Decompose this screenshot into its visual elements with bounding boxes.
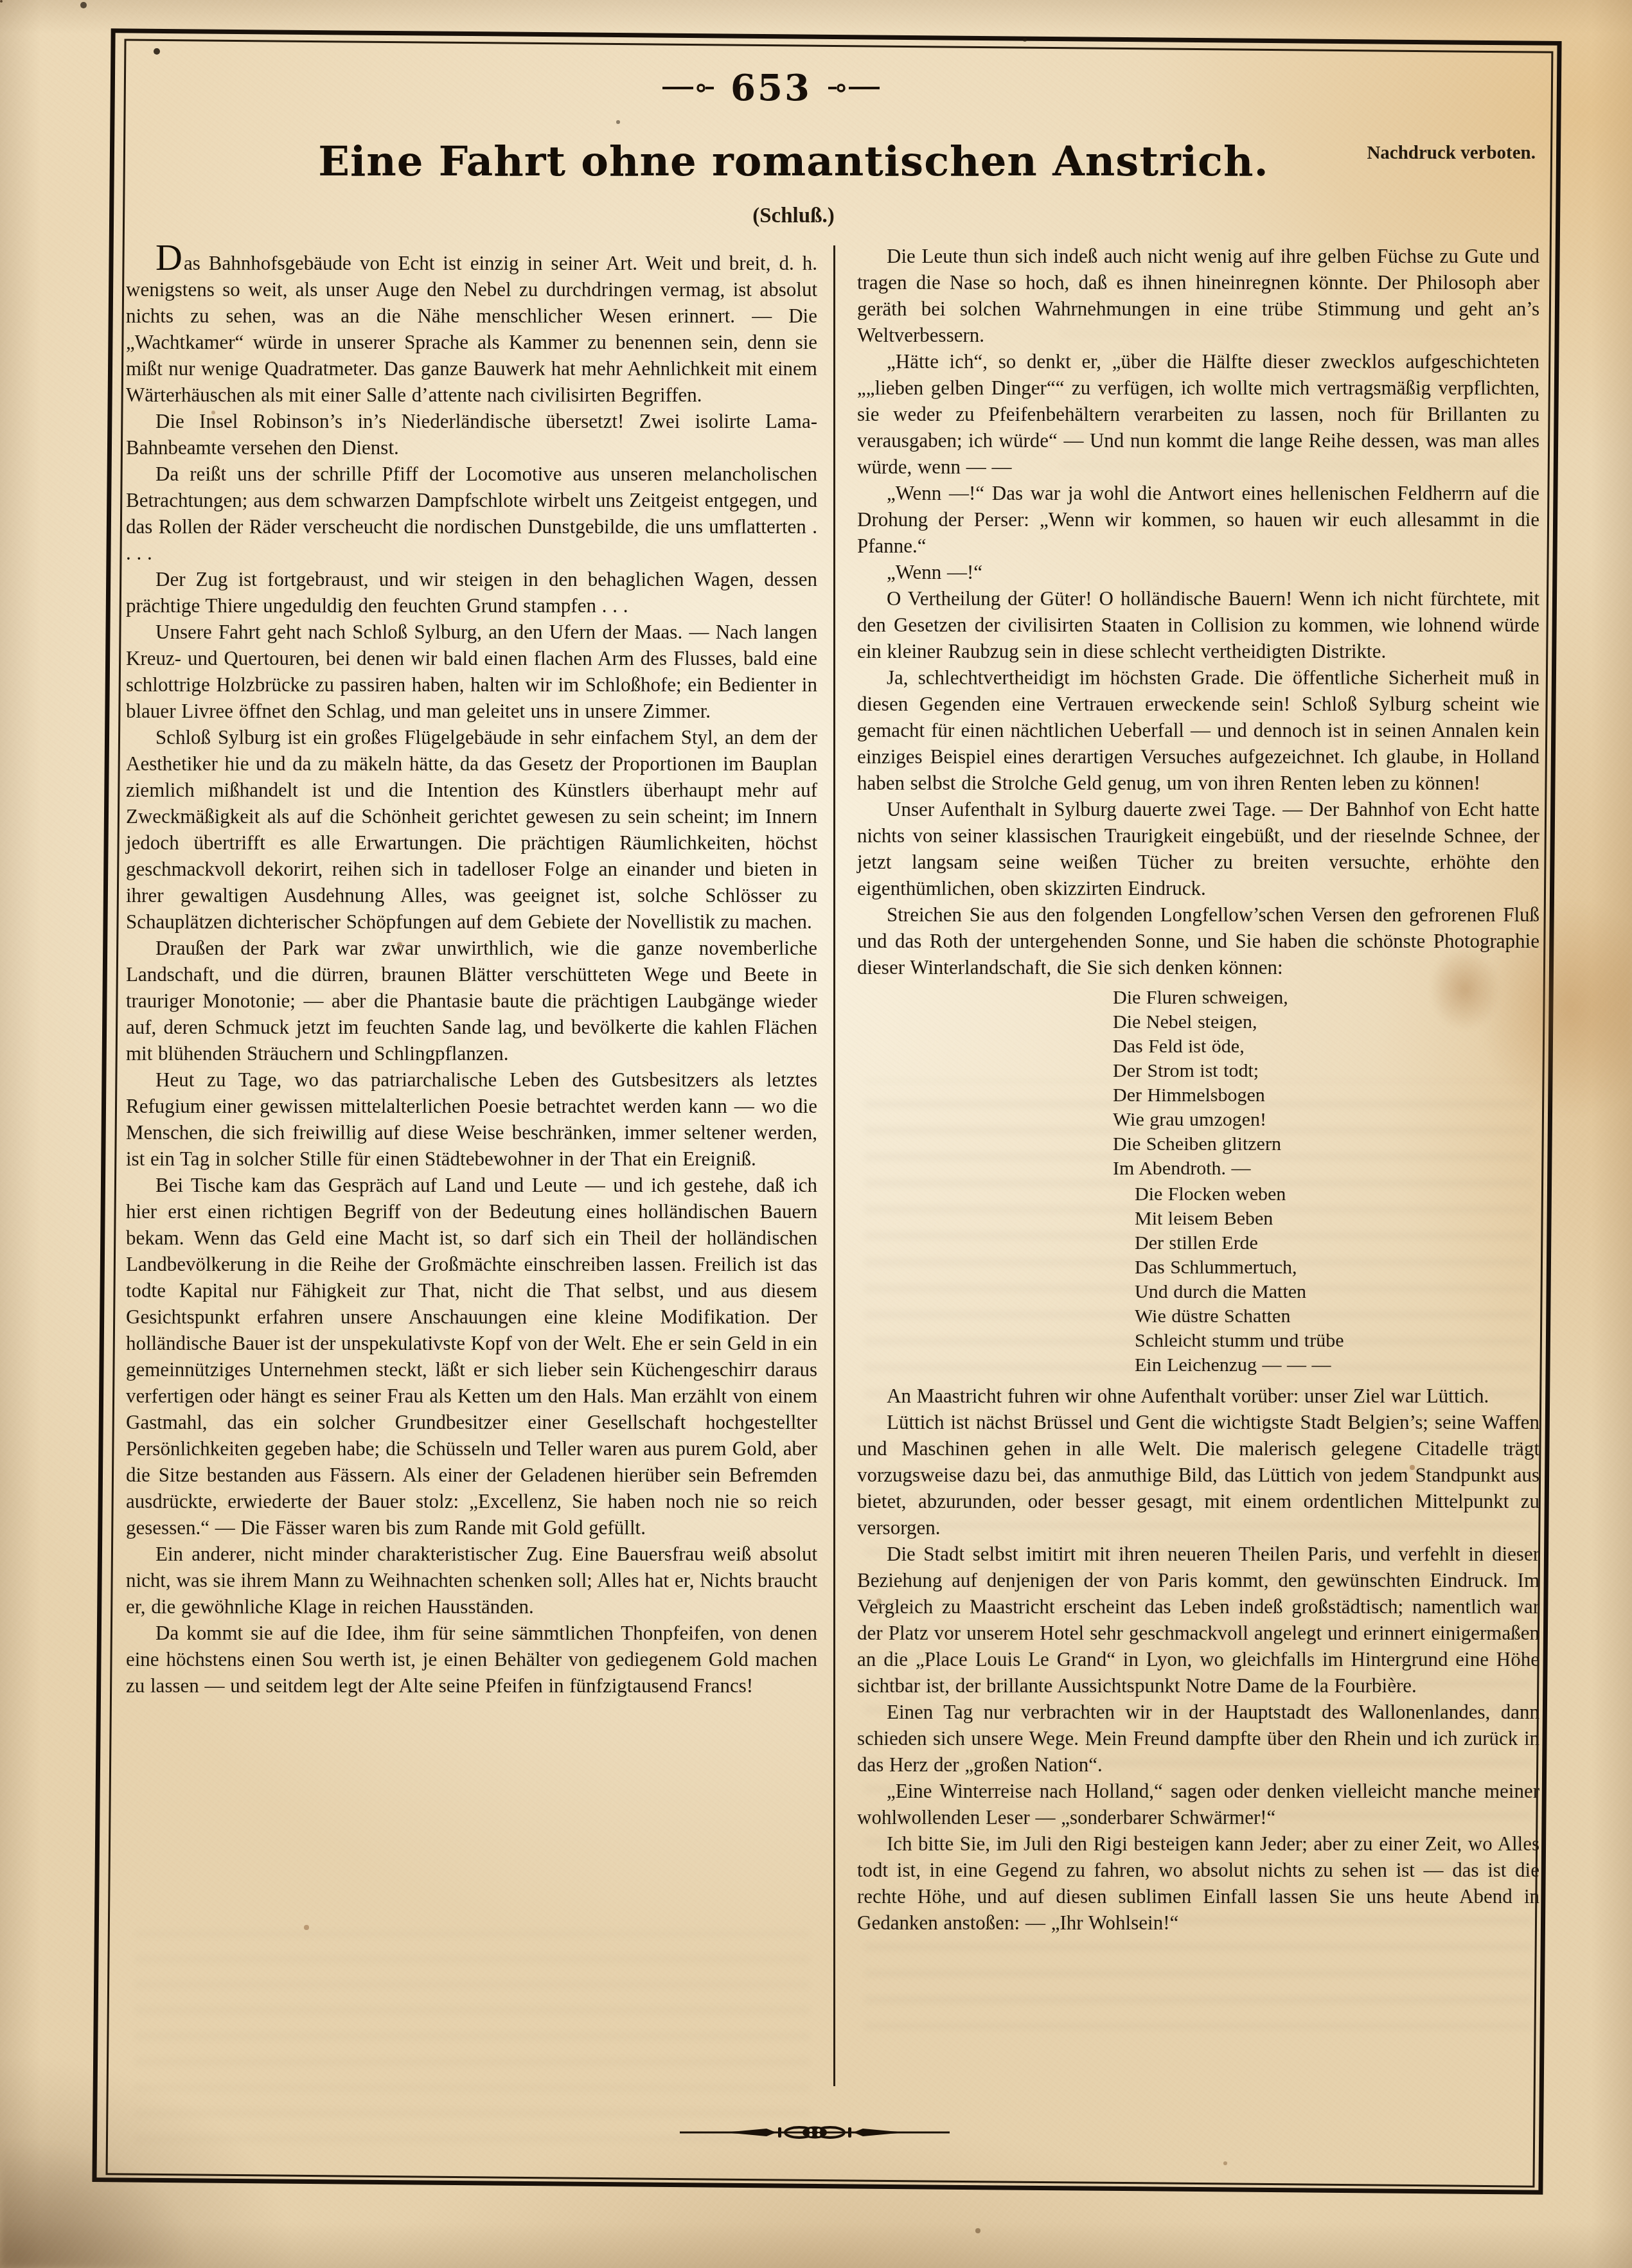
tailpiece-ornament-icon — [680, 2123, 950, 2142]
ink-specks — [0, 0, 3, 3]
left-column: Das Bahnhofsgebäude von Echt ist einzig … — [126, 243, 817, 1699]
paragraph: Schloß Sylburg ist ein großes Flügelgebä… — [126, 724, 817, 935]
paragraph: Heut zu Tage, wo das patriarchalische Le… — [126, 1067, 817, 1172]
paragraph: Ein anderer, nicht minder charakteristis… — [126, 1541, 817, 1620]
paragraph: Unser Aufenthalt in Sylburg dauerte zwei… — [857, 796, 1539, 901]
paragraph: „Eine Winterreise nach Holland,“ sagen o… — [857, 1778, 1539, 1830]
paragraph: Lüttich ist nächst Brüssel und Gent die … — [857, 1409, 1539, 1541]
poem-line: Der stillen Erde — [1135, 1231, 1539, 1255]
poem-line: Im Abendroth. — — [1113, 1156, 1539, 1181]
scanned-newspaper-page: { "page": { "number": "653", "imprint": … — [0, 0, 1632, 2268]
paragraph: Ja, schlechtvertheidigt im höchsten Grad… — [857, 664, 1539, 796]
paragraph: Unsere Fahrt geht nach Schloß Sylburg, a… — [126, 619, 817, 724]
poem-line: Schleicht stumm und trübe — [1135, 1329, 1539, 1353]
paragraph: Da reißt uns der schrille Pfiff der Loco… — [126, 461, 817, 566]
page-number-ornament-right — [828, 82, 880, 94]
poem-line: Der Strom ist todt; — [1113, 1059, 1539, 1083]
poem-line: Wie grau umzogen! — [1113, 1108, 1539, 1132]
poem-line: Der Himmelsbogen — [1113, 1083, 1539, 1108]
paragraph: Das Bahnhofsgebäude von Echt ist einzig … — [126, 243, 817, 408]
article-subtitle: (Schluß.) — [0, 204, 1587, 228]
paragraph: An Maastricht fuhren wir ohne Aufenthalt… — [857, 1383, 1539, 1409]
paragraph: Der Zug ist fortgebraust, und wir steige… — [126, 566, 817, 619]
paragraph: „Wenn —!“ Das war ja wohl die Antwort ei… — [857, 480, 1539, 559]
page-number-value: 653 — [731, 67, 812, 109]
column-divider-rule — [833, 245, 835, 2086]
poem-line: Und durch die Matten — [1135, 1280, 1539, 1304]
poem-line: Das Schlummertuch, — [1135, 1255, 1539, 1280]
poem-line: Die Scheiben glitzern — [1113, 1132, 1539, 1156]
poem-line: Die Fluren schweigen, — [1113, 986, 1539, 1010]
poem-stanza: Die Fluren schweigen, Die Nebel steigen,… — [1113, 986, 1539, 1181]
poem-line: Die Nebel steigen, — [1113, 1010, 1539, 1034]
paragraph: Ich bitte Sie, im Juli den Rigi besteige… — [857, 1830, 1539, 1936]
poem-line: Ein Leichenzug — — — — [1135, 1353, 1539, 1378]
paragraph: Die Leute thun sich indeß auch nicht wen… — [857, 243, 1539, 348]
page-number: 653 — [0, 67, 1542, 109]
paragraph: Draußen der Park war zwar unwirthlich, w… — [126, 935, 817, 1067]
page-number-ornament-left — [662, 82, 714, 94]
paragraph: Da kommt sie auf die Idee, ihm für seine… — [126, 1620, 817, 1699]
longfellow-poem: Die Fluren schweigen, Die Nebel steigen,… — [1113, 986, 1539, 1378]
poem-stanza: Die Flocken weben Mit leisem Beben Der s… — [1135, 1182, 1539, 1378]
paragraph: O Vertheilung der Güter! O holländische … — [857, 585, 1539, 664]
tailpiece-ornament — [680, 2123, 950, 2142]
poem-line: Mit leisem Beben — [1135, 1207, 1539, 1231]
paragraph: Bei Tische kam das Gespräch auf Land und… — [126, 1172, 817, 1541]
paragraph: „Wenn —!“ — [857, 559, 1539, 585]
right-column: Die Leute thun sich indeß auch nicht wen… — [857, 243, 1539, 1936]
paragraph: Die Insel Robinson’s in’s Niederländisch… — [126, 408, 817, 461]
paragraph: Streichen Sie aus den folgenden Longfell… — [857, 901, 1539, 980]
poem-line: Wie düstre Schatten — [1135, 1304, 1539, 1329]
article-title: Eine Fahrt ohne romantischen Anstrich. — [0, 137, 1587, 186]
paragraph: Die Stadt selbst imitirt mit ihren neuer… — [857, 1541, 1539, 1699]
poem-line: Das Feld ist öde, — [1113, 1034, 1539, 1059]
paragraph: „Hätte ich“, so denkt er, „über die Hälf… — [857, 348, 1539, 480]
poem-line: Die Flocken weben — [1135, 1182, 1539, 1207]
paragraph: Einen Tag nur verbrachten wir in der Hau… — [857, 1699, 1539, 1778]
